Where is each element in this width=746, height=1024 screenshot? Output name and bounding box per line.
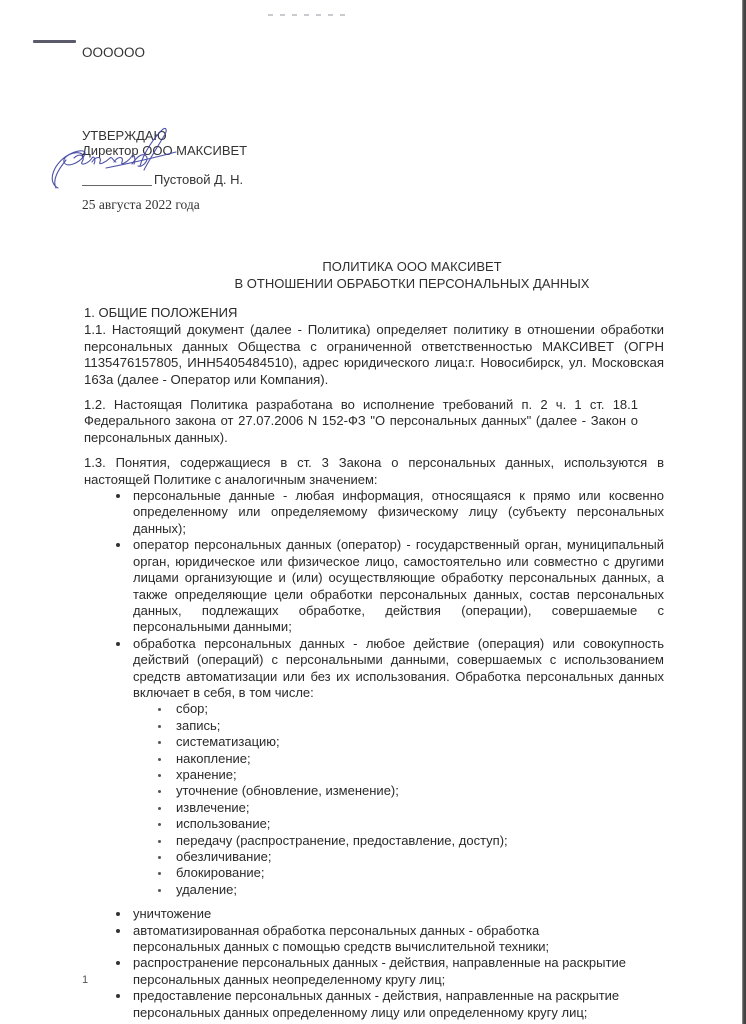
corner-mark <box>33 40 76 43</box>
definitions-list-continued: уничтожение автоматизированная обработка… <box>115 906 664 1021</box>
processing-actions-list: сбор; запись; систематизацию; накопление… <box>157 701 664 898</box>
list-item: блокирование; <box>157 865 664 881</box>
paragraph-1-3: 1.3. Понятия, содержащиеся в ст. 3 Закон… <box>84 455 664 488</box>
list-item: автоматизированная обработка персональны… <box>115 923 628 956</box>
list-item: сбор; <box>157 701 664 717</box>
title-line-2: В ОТНОШЕНИИ ОБРАБОТКИ ПЕРСОНАЛЬНЫХ ДАННЫ… <box>150 276 674 293</box>
approval-block: УТВЕРЖДАЮ Директор ООО МАКСИВЕТ Пустовой… <box>82 128 247 212</box>
list-item: обработка персональных данных - любое де… <box>115 636 664 907</box>
list-item: уничтожение <box>115 906 628 922</box>
list-item: обезличивание; <box>157 849 664 865</box>
definitions-list: персональные данные - любая информация, … <box>115 488 664 906</box>
list-item: хранение; <box>157 767 664 783</box>
section-heading: 1. ОБЩИЕ ПОЛОЖЕНИЯ <box>84 305 664 321</box>
list-item: распространение персональных данных - де… <box>115 955 628 988</box>
approve-label: УТВЕРЖДАЮ <box>82 128 247 143</box>
approver-position: Директор ООО МАКСИВЕТ <box>82 143 247 158</box>
list-item: систематизацию; <box>157 734 664 750</box>
list-item-text: обработка персональных данных - любое де… <box>133 636 664 700</box>
signatory-name: Пустовой Д. Н. <box>154 172 243 187</box>
list-item: накопление; <box>157 751 664 767</box>
list-item: запись; <box>157 718 664 734</box>
list-item: удаление; <box>157 882 664 898</box>
document-body: 1. ОБЩИЕ ПОЛОЖЕНИЯ 1.1. Настоящий докуме… <box>84 305 664 1021</box>
list-item: персональные данные - любая информация, … <box>115 488 664 537</box>
title-line-1: ПОЛИТИКА ООО МАКСИВЕТ <box>150 259 674 276</box>
list-item: использование; <box>157 816 664 832</box>
list-item: извлечение; <box>157 800 664 816</box>
signatory-row: Пустовой Д. Н. <box>82 172 247 187</box>
signature-line <box>82 185 152 186</box>
paragraph-1-2: 1.2. Настоящая Политика разработана во и… <box>84 397 664 446</box>
scan-artifact <box>268 14 348 16</box>
scan-edge <box>742 0 746 1024</box>
page-number: 1 <box>82 972 88 988</box>
list-item: оператор персональных данных (оператор) … <box>115 537 664 635</box>
list-item: передачу (распространение, предоставлени… <box>157 833 664 849</box>
document-title: ПОЛИТИКА ООО МАКСИВЕТ В ОТНОШЕНИИ ОБРАБО… <box>150 259 674 292</box>
list-item: уточнение (обновление, изменение); <box>157 783 664 799</box>
list-item: предоставление персональных данных - дей… <box>115 988 628 1021</box>
company-code: OOOOOO <box>82 45 145 61</box>
paragraph-1-1: 1.1. Настоящий документ (далее - Политик… <box>84 322 664 388</box>
approval-date: 25 августа 2022 года <box>82 197 247 212</box>
